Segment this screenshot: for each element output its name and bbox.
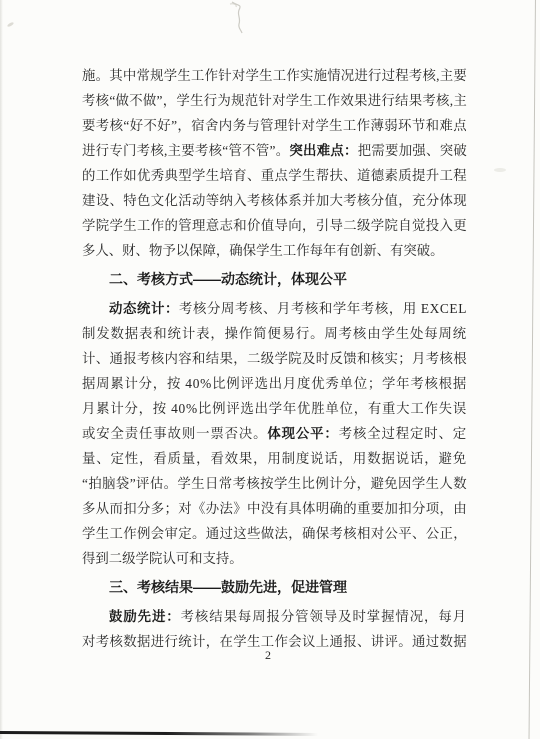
page-edge-line	[528, 0, 536, 739]
body-text: 考核全过程定时、定	[339, 426, 467, 441]
body-text: 学生工作例会审定。通过这些做法，确保考核相对公平、公正，	[82, 526, 467, 541]
body-text: 据周累计分，按 40%比例评选出月度优秀单位；学年考核根据	[82, 376, 467, 391]
body-text: 的工作如优秀典型学生培育、重点学生帮扶、道德素质提升工程	[82, 168, 467, 183]
text-line: 考核“做不做”，学生行为规范针对学生工作效果进行结果考核,主	[82, 88, 467, 113]
body-text: 建设、特色文化活动等纳入考核体系并加大考核分值，充分体现	[82, 193, 467, 208]
text-line: 或安全责任事故则一票否决。体现公平：考核全过程定时、定	[82, 421, 467, 446]
scanned-document-page: 施。其中常规学生工作针对学生工作实施情况进行过程考核,主要考核“做不做”，学生行…	[0, 0, 540, 739]
section-heading: 二、考核方式——动态统计，体现公平	[82, 267, 467, 292]
emphasis-text: 体现公平：	[267, 426, 338, 441]
section-heading: 三、考核结果——鼓励先进，促进管理	[82, 575, 467, 600]
body-text: 考核结果每周报分管领导及时掌握情况，每月	[181, 609, 467, 624]
emphasis-text: 动态统计：	[109, 301, 179, 316]
body-text: 或安全责任事故则一票否决。	[82, 426, 267, 441]
body-text: 进行专门考核,主要考核“管不管”。	[82, 143, 289, 158]
text-line: 学院学生工作的管理意志和价值导向，引导二级学院自觉投入更	[82, 213, 467, 238]
scan-speck-artifact	[494, 168, 506, 172]
text-line: 量、定性，看质量，看效果，用制度说话，用数据说话，避免	[82, 446, 467, 471]
body-text: 学院学生工作的管理意志和价值导向，引导二级学院自觉投入更	[82, 218, 467, 233]
text-line: 的工作如优秀典型学生培育、重点学生帮扶、道德素质提升工程	[82, 163, 467, 188]
body-text: 多人、财、物予以保障，确保学生工作每年有创新、有突破。	[82, 243, 444, 258]
text-line: 鼓励先进：考核结果每周报分管领导及时掌握情况，每月	[82, 604, 467, 629]
text-line: 制发数据表和统计表，操作简便易行。周考核由学生处每周统	[82, 321, 467, 346]
body-text: 要考核“好不好”，宿舍内务与管理针对学生工作薄弱环节和难点	[82, 118, 467, 133]
body-text: 施。其中常规学生工作针对学生工作实施情况进行过程考核,主要	[82, 68, 467, 83]
scanner-edge-artifact	[0, 731, 318, 736]
body-text: 量、定性，看质量，看效果，用制度说话，用数据说话，避免	[82, 451, 467, 466]
scan-smudge-artifact	[222, 0, 262, 40]
document-text-block: 施。其中常规学生工作针对学生工作实施情况进行过程考核,主要考核“做不做”，学生行…	[82, 63, 467, 654]
emphasis-text: 三、考核结果——鼓励先进，促进管理	[109, 579, 347, 595]
text-line: 月累计分，按 40%比例评选出学年优胜单位，有重大工作失误	[82, 396, 467, 421]
page-number: 2	[240, 648, 296, 663]
text-line: 多人、财、物予以保障，确保学生工作每年有创新、有突破。	[82, 238, 467, 263]
text-line: 进行专门考核,主要考核“管不管”。突出难点：把需要加强、突破	[82, 138, 467, 163]
text-line: 施。其中常规学生工作针对学生工作实施情况进行过程考核,主要	[82, 63, 467, 88]
text-line: 要考核“好不好”，宿舍内务与管理针对学生工作薄弱环节和难点	[82, 113, 467, 138]
body-text: 得到二级学院认可和支持。	[82, 551, 243, 566]
body-text: 多从而扣分多；对《办法》中没有具体明确的重要加扣分项，由	[82, 501, 467, 516]
body-text: 计、通报考核内容和结果，二级学院及时反馈和核实；月考核根	[82, 351, 467, 366]
emphasis-text: 鼓励先进：	[109, 609, 181, 624]
text-line: 学生工作例会审定。通过这些做法，确保考核相对公平、公正，	[82, 521, 467, 546]
text-line: 建设、特色文化活动等纳入考核体系并加大考核分值，充分体现	[82, 188, 467, 213]
body-text: 制发数据表和统计表，操作简便易行。周考核由学生处每周统	[82, 326, 467, 341]
body-text: 把需要加强、突破	[358, 143, 467, 158]
body-text: “拍脑袋”评估。学生日常考核按学生比例计分，避免因学生人数	[82, 476, 467, 491]
body-text: 考核分周考核、月考核和学年考核，用 EXCEL	[179, 301, 467, 316]
text-line: 多从而扣分多；对《办法》中没有具体明确的重要加扣分项，由	[82, 496, 467, 521]
text-line: 据周累计分，按 40%比例评选出月度优秀单位；学年考核根据	[82, 371, 467, 396]
text-line: “拍脑袋”评估。学生日常考核按学生比例计分，避免因学生人数	[82, 471, 467, 496]
text-line: 计、通报考核内容和结果，二级学院及时反馈和核实；月考核根	[82, 346, 467, 371]
text-line: 动态统计：考核分周考核、月考核和学年考核，用 EXCEL	[82, 296, 467, 321]
body-text: 月累计分，按 40%比例评选出学年优胜单位，有重大工作失误	[82, 401, 467, 416]
emphasis-text: 突出难点：	[289, 143, 357, 158]
emphasis-text: 二、考核方式——动态统计，体现公平	[109, 271, 347, 287]
body-text: 考核“做不做”，学生行为规范针对学生工作效果进行结果考核,主	[82, 93, 467, 108]
scan-speck-artifact	[7, 21, 15, 27]
text-line: 得到二级学院认可和支持。	[82, 546, 467, 571]
body-text: 对考核数据进行统计，在学生工作会议上通报、讲评。通过数据	[82, 634, 467, 649]
